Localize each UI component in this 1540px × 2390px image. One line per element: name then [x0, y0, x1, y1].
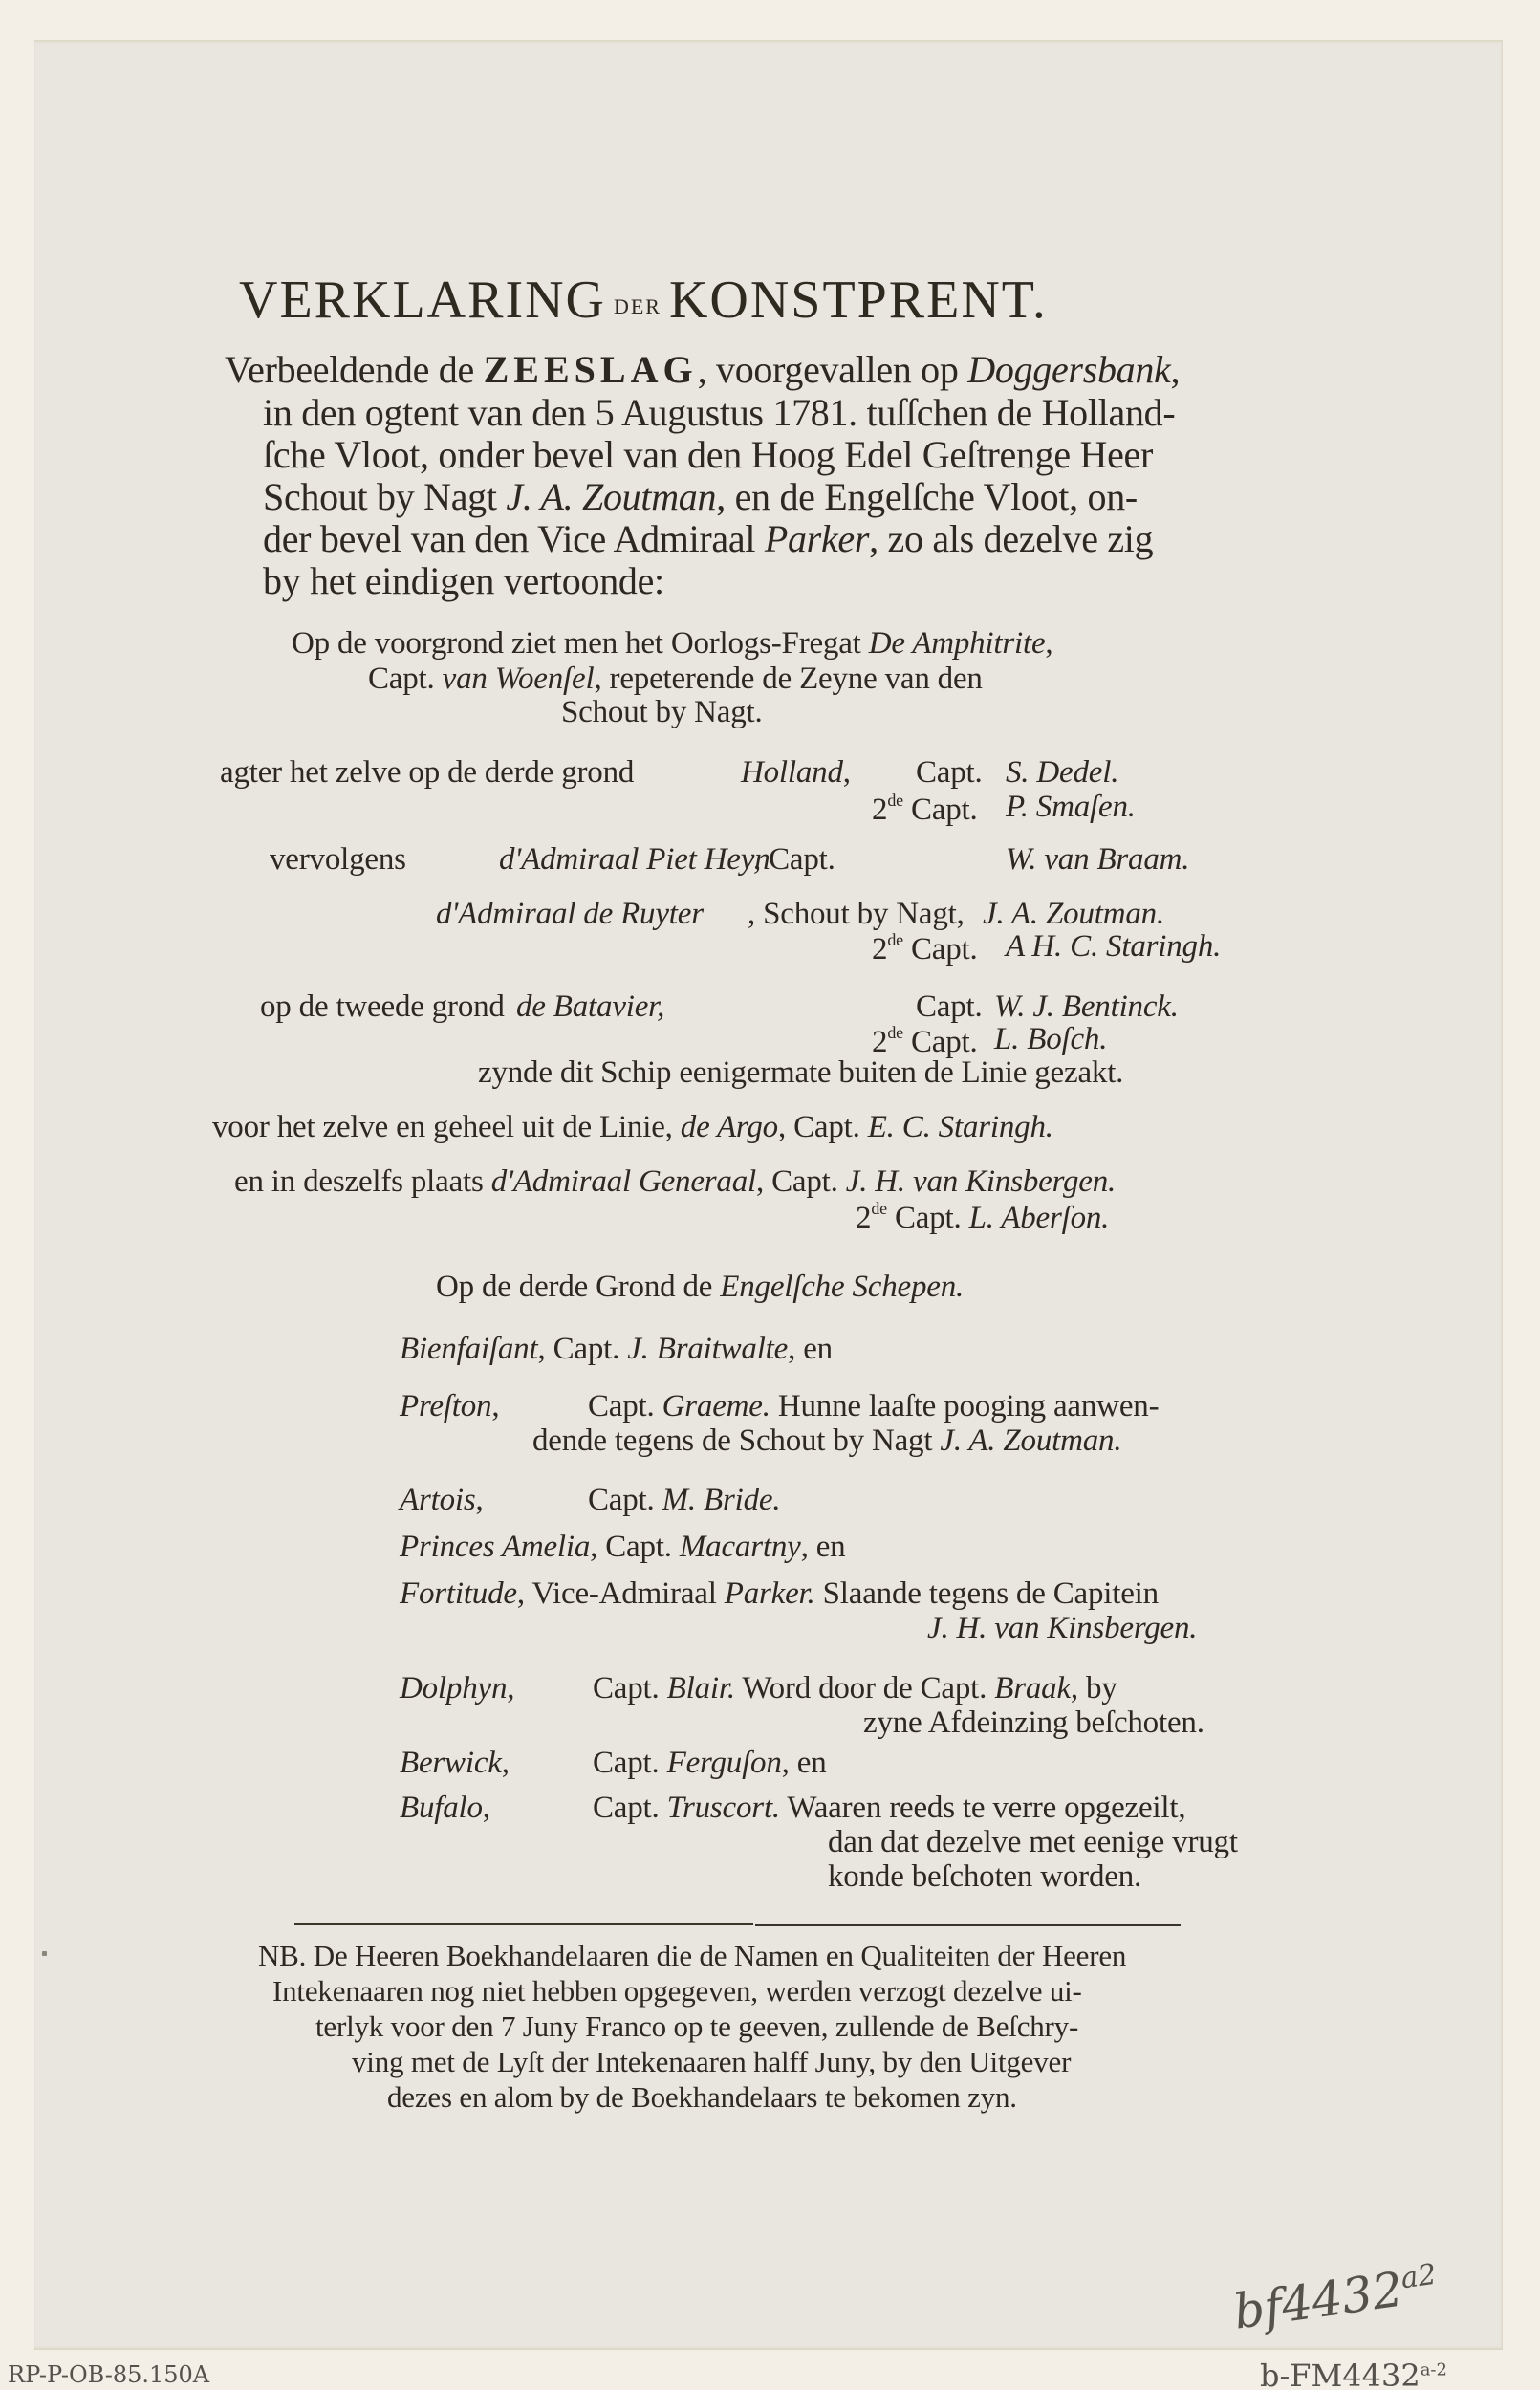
- captain-label: Capt.: [605, 1530, 672, 1564]
- captain-name: E. C. Staringh.: [868, 1110, 1053, 1144]
- place-name: Doggersbank: [967, 348, 1170, 391]
- captain-name: M. Bride.: [662, 1483, 781, 1517]
- text: , voorgevallen op: [698, 348, 968, 391]
- text: , en: [801, 1530, 846, 1564]
- nb-line: ving met de Lyſt der Intekenaaren halff …: [352, 2047, 1071, 2076]
- text: Verbeeldende de: [225, 348, 484, 391]
- person-name: Braak: [994, 1671, 1071, 1706]
- ship-name: Berwick,: [400, 1748, 510, 1779]
- nb-line: Intekenaaren nog niet hebben opgegeven, …: [272, 1976, 1082, 2006]
- text: Op de derde Grond de: [436, 1270, 720, 1304]
- ship-name: Bienfaiſant: [400, 1332, 537, 1366]
- text: Bufalo: [400, 1791, 483, 1825]
- divider-rule-right: [755, 1924, 1181, 1926]
- ship-detail-cont: dende tegens de Schout by Nagt J. A. Zou…: [532, 1425, 1121, 1457]
- text: Schout by Nagt: [263, 475, 506, 518]
- captain-name: Truscort.: [667, 1791, 780, 1825]
- captain-label: , Capt.: [753, 844, 835, 876]
- zeeslag-word: ZEESLAG: [484, 348, 698, 391]
- text: Capt.: [895, 1201, 962, 1235]
- text: der bevel van den Vice Admiraal: [263, 517, 765, 560]
- text: , by: [1071, 1671, 1117, 1706]
- intro-line: Schout by Nagt J. A. Zoutman, en de Enge…: [263, 478, 1138, 516]
- person-name: van Woenſel: [443, 662, 595, 696]
- text: Schout by Nagt,: [763, 897, 965, 931]
- ship-line: Fortitude, Vice-Admiraal Parker. Slaande…: [400, 1578, 1159, 1610]
- superscript: de: [887, 930, 903, 949]
- superscript: de: [887, 791, 903, 810]
- title-word-der: DER: [614, 294, 662, 318]
- captain-label: Capt.: [916, 991, 983, 1023]
- ship-name: de Batavier,: [516, 991, 664, 1023]
- ship-name: Fortitude: [400, 1576, 517, 1611]
- second-captain-label: 2de Capt.: [872, 931, 978, 966]
- text: , zo als dezelve zig: [869, 517, 1153, 560]
- person-name: Parker: [765, 517, 869, 560]
- text: Engelſche Schepen.: [720, 1270, 964, 1304]
- superscript: de: [871, 1199, 887, 1218]
- second-captain-line: 2de Capt. L. Aberſon.: [856, 1200, 1109, 1234]
- title-word-konstprent: KONSTPRENT.: [669, 271, 1048, 330]
- person-name: J. A. Zoutman: [506, 475, 716, 518]
- text: Capt.: [368, 662, 443, 696]
- text: Artois: [400, 1483, 475, 1517]
- captain-label: Capt.: [593, 1671, 660, 1706]
- captain-name: Blair.: [667, 1671, 735, 1706]
- captain-name: Macartny: [680, 1530, 801, 1564]
- captain-name: W. J. Bentinck.: [994, 991, 1179, 1023]
- second-captain-label: 2de Capt.: [872, 1024, 978, 1058]
- intro-line: by het eindigen vertoonde:: [263, 562, 664, 600]
- text: Op de voorgrond ziet men het Oorlogs-Fre…: [292, 626, 869, 661]
- second-captain-name: P. Smaſen.: [1006, 792, 1136, 823]
- second-captain-name: A H. C. Staringh.: [1006, 931, 1221, 963]
- person-name: J. A. Zoutman.: [940, 1423, 1121, 1458]
- english-ships-heading: Op de derde Grond de Engelſche Schepen.: [436, 1271, 964, 1303]
- inventory-number: RP-P-OB-85.150A: [8, 2361, 209, 2388]
- foreground-line: Capt. van Woenſel, repeterende de Zeyne …: [368, 663, 983, 695]
- text: dende tegens de Schout by Nagt: [532, 1423, 940, 1458]
- text: Preſton: [400, 1389, 491, 1423]
- nb-line: NB. De Heeren Boekhandelaaren die de Nam…: [258, 1941, 1348, 1970]
- ship-detail: Capt. Ferguſon, en: [593, 1748, 827, 1779]
- intro-line: der bevel van den Vice Admiraal Parker, …: [263, 520, 1153, 558]
- second-captain-label: 2de Capt.: [872, 792, 978, 826]
- superscript: a2: [1399, 2258, 1438, 2296]
- catalog-number: b-FM4432a-2: [1260, 2357, 1447, 2390]
- text: Waaren reeds te verre opgezeilt,: [780, 1791, 1185, 1825]
- ship-detail: Capt. Graeme. Hunne laaſte pooging aanwe…: [588, 1391, 1159, 1423]
- text: Holland: [741, 755, 843, 790]
- captain-name: J. Braitwalte: [627, 1332, 788, 1366]
- text: 2: [872, 932, 887, 967]
- title-word-verklaring: VERKLARING: [239, 271, 606, 330]
- position-text: voor het zelve en geheel uit de Linie,: [212, 1110, 673, 1144]
- ship-note: zynde dit Schip eenigermate buiten de Li…: [478, 1057, 1123, 1089]
- ship-name: Preſton,: [400, 1391, 499, 1423]
- captain-label: , Schout by Nagt,: [748, 899, 965, 930]
- text: Capt.: [911, 1025, 978, 1059]
- superscript: de: [887, 1023, 903, 1042]
- text: 2: [872, 793, 887, 827]
- captain-label: Capt.: [553, 1332, 620, 1366]
- text: Berwick: [400, 1746, 502, 1780]
- nb-line: terlyk voor den 7 Juny Franco op te geev…: [315, 2011, 1078, 2041]
- intro-line: in den ogtent van den 5 Augustus 1781. t…: [263, 394, 1175, 432]
- text: Capt.: [769, 842, 835, 877]
- ship-line: Princes Amelia, Capt. Macartny, en: [400, 1532, 845, 1563]
- ink-spot: [42, 1951, 47, 1956]
- ship-detail-cont: zyne Afdeinzing beſchoten.: [863, 1707, 1204, 1739]
- position-text: en in deszelfs plaats: [234, 1164, 484, 1199]
- ship-name: d'Admiraal de Ruyter: [436, 899, 704, 930]
- ship-detail-cont: J. H. van Kinsbergen.: [927, 1613, 1197, 1644]
- foreground-line: Op de voorgrond ziet men het Oorlogs-Fre…: [292, 628, 1052, 660]
- captain-name: Graeme.: [662, 1389, 770, 1423]
- ship-detail-cont: konde beſchoten worden.: [828, 1861, 1141, 1893]
- intro-line: ſche Vloot, onder bevel van den Hoog Ede…: [263, 436, 1153, 474]
- ship-name: d'Admiraal Piet Heyn: [499, 844, 770, 876]
- ship-name: Holland,: [741, 757, 851, 789]
- ship-name: Artois,: [400, 1485, 484, 1516]
- ship-name: d'Admiraal Generaal: [491, 1164, 756, 1199]
- ship-name: Princes Amelia: [400, 1530, 590, 1564]
- ship-line: voor het zelve en geheel uit de Linie, d…: [212, 1112, 1053, 1143]
- position-text: agter het zelve op de derde grond: [220, 757, 634, 789]
- captain-name: S. Dedel.: [1006, 757, 1118, 789]
- position-text: vervolgens: [270, 844, 406, 876]
- foreground-line: Schout by Nagt.: [561, 697, 763, 728]
- text: 2: [872, 1025, 887, 1059]
- ship-name: De Amphitrite: [869, 626, 1046, 661]
- text: b-FM4432: [1260, 2357, 1421, 2390]
- text: Capt.: [911, 793, 978, 827]
- captain-label: Capt.: [593, 1746, 660, 1780]
- captain-label: Vice-Admiraal: [531, 1576, 716, 1611]
- text: , en: [782, 1746, 827, 1780]
- divider-rule-left: [294, 1923, 753, 1925]
- ship-line: Bienfaiſant, Capt. J. Braitwalte, en: [400, 1334, 833, 1365]
- captain-label: Capt.: [593, 1791, 660, 1825]
- text: Word door de Capt.: [735, 1671, 994, 1706]
- ship-detail: Capt. Blair. Word door de Capt. Braak, b…: [593, 1673, 1117, 1705]
- text: , en: [788, 1332, 833, 1366]
- text: , en de Engelſche Vloot, on-: [716, 475, 1138, 518]
- ship-name: Dolphyn,: [400, 1673, 514, 1705]
- second-captain-name: L. Aberſon.: [969, 1201, 1110, 1235]
- intro-line: Verbeeldende de ZEESLAG, voorgevallen op…: [225, 351, 1180, 389]
- captain-name: W. van Braam.: [1006, 844, 1189, 876]
- captain-label: Capt.: [916, 757, 983, 789]
- text: ,: [1045, 626, 1052, 661]
- superscript: a-2: [1421, 2359, 1447, 2379]
- captain-label: Capt.: [771, 1164, 838, 1199]
- ship-name: de Argo: [681, 1110, 778, 1144]
- text: ,: [1171, 348, 1181, 391]
- ship-detail: Capt. Truscort. Waaren reeds te verre op…: [593, 1792, 1185, 1824]
- captain-label: Capt.: [793, 1110, 860, 1144]
- captain-name: J. H. van Kinsbergen.: [846, 1164, 1116, 1199]
- text: Capt.: [911, 932, 978, 967]
- text: , repeterende de Zeyne van den: [594, 662, 982, 696]
- captain-label: Capt.: [588, 1483, 655, 1517]
- ship-detail-cont: dan dat dezelve met eenige vrugt: [828, 1827, 1238, 1858]
- text: Dolphyn: [400, 1671, 507, 1706]
- captain-name: Parker.: [725, 1576, 815, 1611]
- captain-name: J. A. Zoutman.: [983, 899, 1164, 930]
- ship-name: Bufalo,: [400, 1792, 490, 1824]
- second-captain-name: L. Boſch.: [994, 1024, 1107, 1055]
- ship-line: en in deszelfs plaats d'Admiraal Generaa…: [234, 1166, 1116, 1198]
- ship-detail: Capt. M. Bride.: [588, 1485, 780, 1516]
- text: Hunne laaſte pooging aanwen-: [770, 1389, 1160, 1423]
- text: Slaande tegens de Capitein: [815, 1576, 1159, 1611]
- captain-name: Ferguſon: [667, 1746, 782, 1780]
- nb-line: dezes en alom by de Boekhandelaars te be…: [387, 2082, 1017, 2112]
- text: 2: [856, 1201, 871, 1235]
- position-text: op de tweede grond: [260, 991, 505, 1023]
- captain-label: Capt.: [588, 1389, 655, 1423]
- document-title: VERKLARINGDERKONSTPRENT.: [239, 273, 1048, 327]
